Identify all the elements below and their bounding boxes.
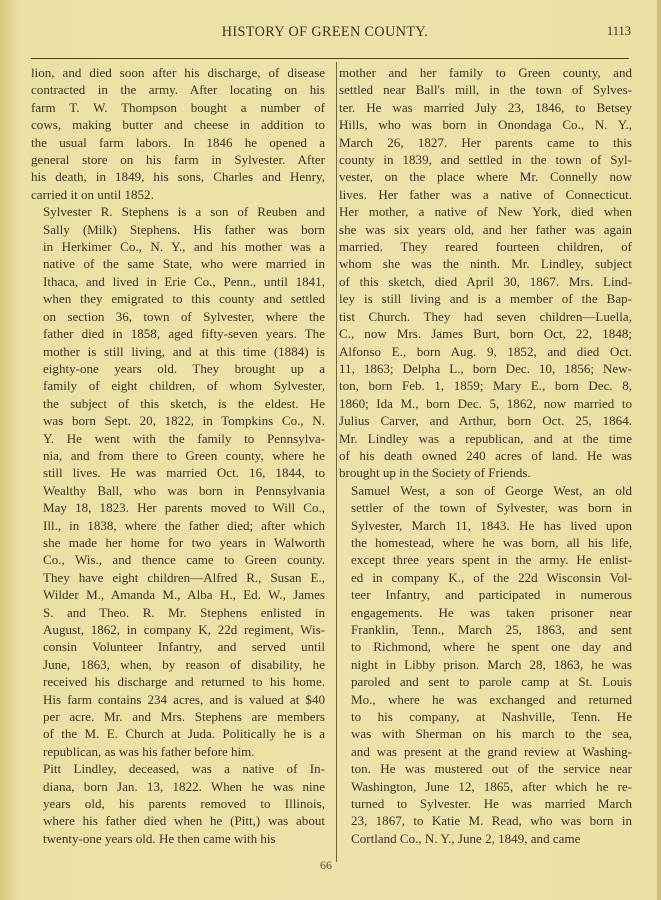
page-number: 1113 — [607, 24, 631, 39]
text-line: 11, 1863; Delpha L., born Dec. 10, 1856;… — [339, 360, 632, 377]
text-line: of his death owned 240 acres of land. He… — [339, 447, 632, 464]
signature-mark: 66 — [320, 858, 332, 873]
text-line: Sylvester, March 11, 1843. He has lived … — [339, 517, 632, 534]
paragraph: Sylvester R. Stephens is a son of Reuben… — [31, 203, 325, 760]
text-line: she was six years old, and her father wa… — [339, 221, 632, 238]
text-line: They have eight children—Alfred R., Susa… — [31, 569, 325, 586]
running-head: HISTORY OF GREEN COUNTY. 1113 — [0, 24, 661, 44]
text-line: to Richmond, where he spent one day and — [339, 638, 632, 655]
text-line: father died in 1858, aged fifty-seven ye… — [31, 325, 325, 342]
text-line: she made her home for two years in Walwo… — [31, 534, 325, 551]
text-line: tist Church. They had seven children—Lue… — [339, 308, 632, 325]
text-line: settled near Ball's mill, in the town of… — [339, 81, 632, 98]
text-line: ed in company K., of the 22d Wisconsin V… — [339, 569, 632, 586]
text-line: was with Sherman on his march to the sea… — [339, 725, 632, 742]
text-line: in Herkimer Co., N. Y., and his mother w… — [31, 238, 325, 255]
text-line: teer Infantry, and participated in numer… — [339, 586, 632, 603]
text-line: June, 1863, when, by reason of disabilit… — [31, 656, 325, 673]
text-line: diana, born Jan. 13, 1822. When he was n… — [31, 778, 325, 795]
text-line: Ill., in 1838, where the father died; af… — [31, 517, 325, 534]
book-page: HISTORY OF GREEN COUNTY. 1113 lion, and … — [0, 0, 661, 900]
text-line: the subject of this sketch, is the eldes… — [31, 395, 325, 412]
paragraph: Samuel West, a son of George West, an ol… — [339, 482, 632, 848]
text-line: twenty-one years old. He then came with … — [31, 830, 325, 847]
text-line: ley is still living and is a member of t… — [339, 290, 632, 307]
text-line: eighty-one years old. They brought up a — [31, 360, 325, 377]
text-line: Her mother, a native of New York, died w… — [339, 203, 632, 220]
text-line: received his discharge and returned to h… — [31, 673, 325, 690]
text-line: lion, and died soon after his discharge,… — [31, 64, 325, 81]
text-line: brought up in the Society of Friends. — [339, 464, 632, 481]
page-title: HISTORY OF GREEN COUNTY. — [160, 24, 490, 41]
text-line: carried it on until 1852. — [31, 186, 325, 203]
text-line: turned to Sylvester. He was married Marc… — [339, 795, 632, 812]
text-line: of this sketch, died April 30, 1867. Mrs… — [339, 273, 632, 290]
text-line: the usual farm labors. In 1846 he opened… — [31, 134, 325, 151]
text-line: Mr. Lindley was a republican, and at the… — [339, 430, 632, 447]
text-line: 23, 1867, to Katie M. Read, who was born… — [339, 812, 632, 829]
text-line: Washington, June 12, 1865, after which h… — [339, 778, 632, 795]
text-line: native of the same State, who were marri… — [31, 255, 325, 272]
paragraph: Pitt Lindley, deceased, was a native of … — [31, 760, 325, 847]
page-edge — [657, 0, 661, 900]
text-line: years old, his parents removed to Illino… — [31, 795, 325, 812]
text-line: mother and her family to Green county, a… — [339, 64, 632, 81]
text-line: where his father died when he (Pitt,) wa… — [31, 812, 325, 829]
text-line: August, 1862, in company K, 22d regiment… — [31, 621, 325, 638]
text-line: Pitt Lindley, deceased, was a native of … — [31, 760, 325, 777]
text-line: was born Sept. 20, 1822, in Tompkins Co.… — [31, 412, 325, 429]
text-line: contracted in the army. After locating o… — [31, 81, 325, 98]
text-line: to his company, at Nashville, Tenn. He — [339, 708, 632, 725]
text-line: Hills, who was born in Onondaga Co., N. … — [339, 116, 632, 133]
text-line: March 26, 1827. Her parents came to this — [339, 134, 632, 151]
text-line: and was present at the grand review at W… — [339, 743, 632, 760]
text-line: Sylvester R. Stephens is a son of Reuben… — [31, 203, 325, 220]
text-line: per acre. Mr. and Mrs. Stephens are memb… — [31, 708, 325, 725]
text-line: Sally (Milk) Stephens. His father was bo… — [31, 221, 325, 238]
text-line: married. They reared fourteen children, … — [339, 238, 632, 255]
text-line: Franklin, Tenn., March 25, 1863, and sen… — [339, 621, 632, 638]
text-line: Co., Wis., and thence came to Green coun… — [31, 551, 325, 568]
text-line: May 18, 1823. Her parents moved to Will … — [31, 499, 325, 516]
text-line: night in Libby prison. March 28, 1863, h… — [339, 656, 632, 673]
text-line: his death, in 1849, his sons, Charles an… — [31, 168, 325, 185]
text-line: general store on his farm in Sylvester. … — [31, 151, 325, 168]
text-line: 1860; Ida M., born Dec. 5, 1862, now mar… — [339, 395, 632, 412]
text-line: Y. He went with the family to Pennsylva- — [31, 430, 325, 447]
text-line: Samuel West, a son of George West, an ol… — [339, 482, 632, 499]
text-line: lives. Her father was a native of Connec… — [339, 186, 632, 203]
text-line: S. and Theo. R. Mr. Stephens enlisted in — [31, 604, 325, 621]
text-line: engagements. He was taken prisoner near — [339, 604, 632, 621]
text-line: county in 1839, and settled in the town … — [339, 151, 632, 168]
text-line: Alfonso E., born Aug. 9, 1852, and died … — [339, 343, 632, 360]
text-line: settler of the town of Sylvester, was bo… — [339, 499, 632, 516]
text-line: except three years spent in the army. He… — [339, 551, 632, 568]
text-line: the homestead, where he was born, all hi… — [339, 534, 632, 551]
text-line: farm T. W. Thompson bought a number of — [31, 99, 325, 116]
text-line: Ithaca, and lived in Erie Co., Penn., un… — [31, 273, 325, 290]
text-line: ton, born Feb. 1, 1859; Mary E., born De… — [339, 377, 632, 394]
text-line: vester, on the place where Mr. Connelly … — [339, 168, 632, 185]
text-line: Julius Carver, and Arthur, born Oct. 25,… — [339, 412, 632, 429]
paragraph: mother and her family to Green county, a… — [339, 64, 632, 482]
header-rule — [31, 58, 629, 59]
text-line: mother is still living, and at this time… — [31, 343, 325, 360]
text-line: His farm contains 234 acres, and is valu… — [31, 691, 325, 708]
text-line: on section 36, town of Sylvester, where … — [31, 308, 325, 325]
text-line: Cortland Co., N. Y., June 2, 1849, and c… — [339, 830, 632, 847]
text-line: when they emigrated to this county and s… — [31, 290, 325, 307]
right-column: mother and her family to Green county, a… — [339, 64, 632, 847]
paragraph: lion, and died soon after his discharge,… — [31, 64, 325, 203]
text-line: consin Volunteer Infantry, and served un… — [31, 638, 325, 655]
text-line: ter. He was married July 23, 1846, to Be… — [339, 99, 632, 116]
text-line: Wilder M., Amanda M., Alba H., Ed. W., J… — [31, 586, 325, 603]
text-line: Mo., where he was exchanged and returned — [339, 691, 632, 708]
text-line: ton. He was mustered out of the service … — [339, 760, 632, 777]
text-line: still lives. He was married Oct. 16, 184… — [31, 464, 325, 481]
text-line: of the M. E. Church at Juda. Politically… — [31, 725, 325, 742]
text-line: family of eight children, of whom Sylves… — [31, 377, 325, 394]
text-line: whom she was the ninth. Mr. Lindley, sub… — [339, 255, 632, 272]
text-line: paroled and sent to parole camp at St. L… — [339, 673, 632, 690]
left-column: lion, and died soon after his discharge,… — [31, 64, 325, 847]
text-line: nia, and from there to Green county, whe… — [31, 447, 325, 464]
text-line: Wealthy Ball, who was born in Pennsylvan… — [31, 482, 325, 499]
text-line: republican, as was his father before him… — [31, 743, 325, 760]
column-divider — [336, 62, 337, 862]
text-line: C., now Mrs. James Burt, born Oct, 22, 1… — [339, 325, 632, 342]
text-line: cows, making butter and cheese in additi… — [31, 116, 325, 133]
